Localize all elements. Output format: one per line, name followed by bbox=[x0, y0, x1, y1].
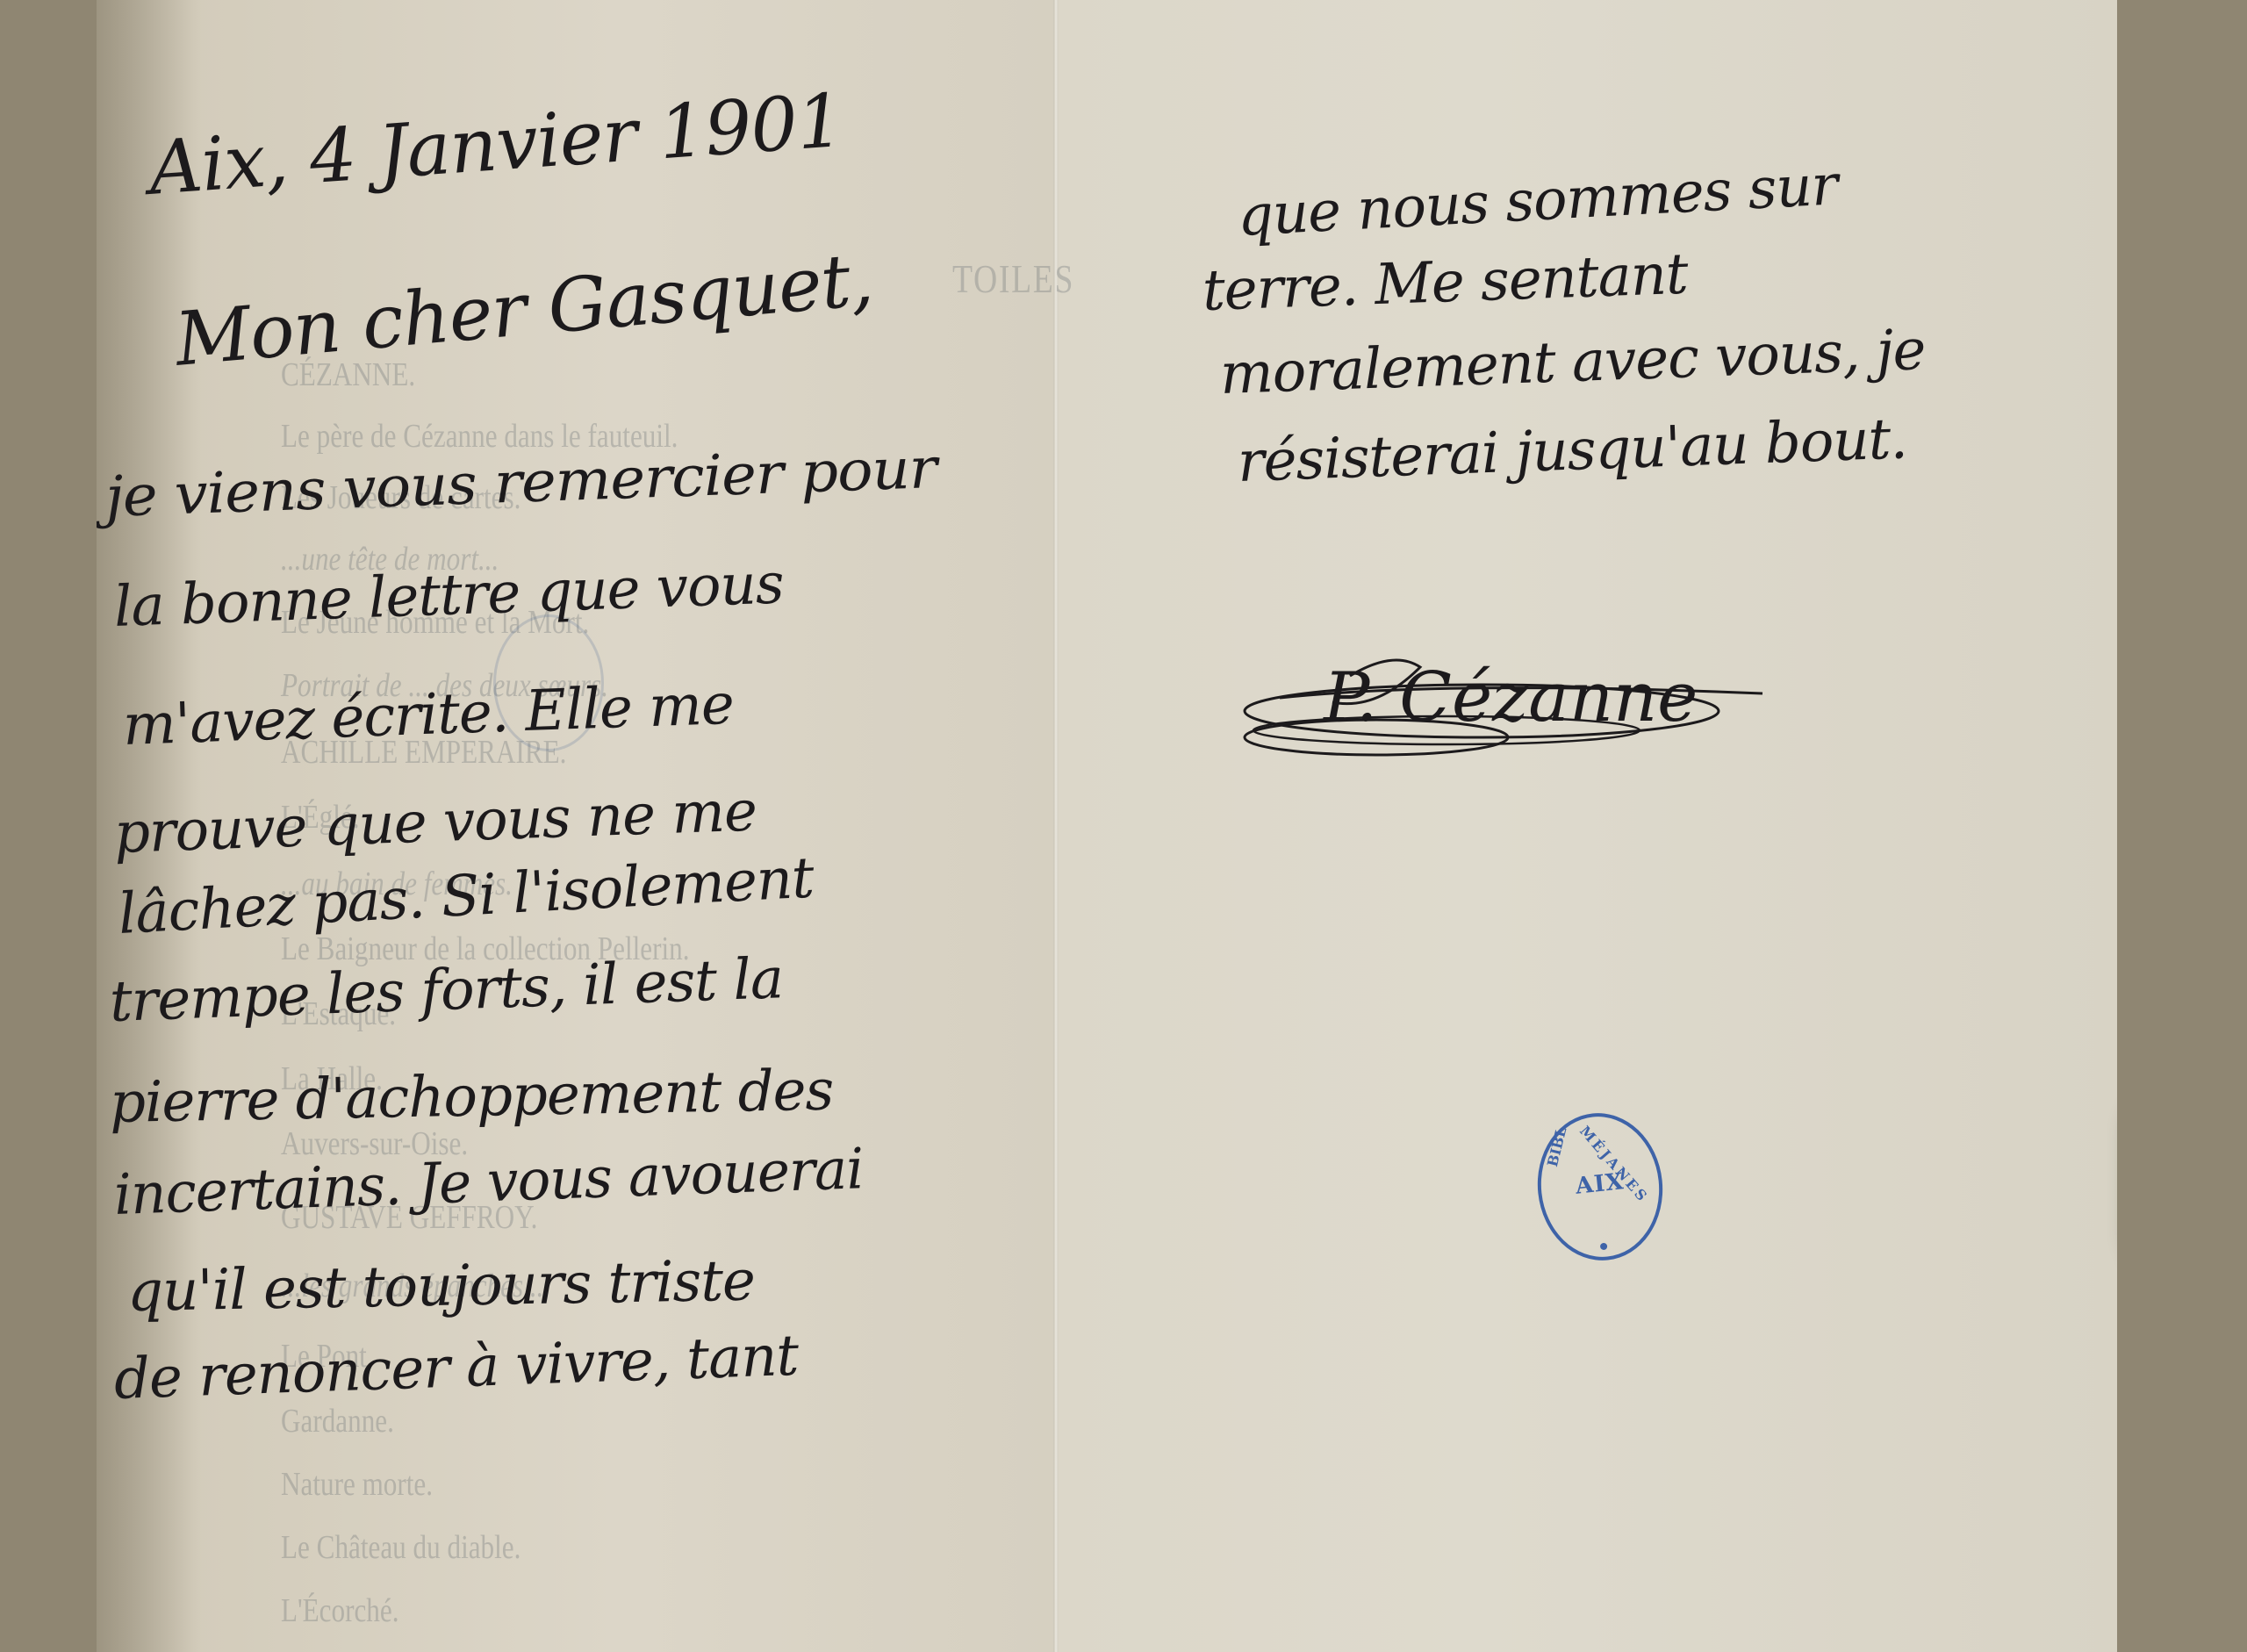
page-fold bbox=[1053, 0, 1059, 1652]
print-line: Le Château du diable. bbox=[281, 1531, 520, 1564]
signature-name: P. Cézanne bbox=[1324, 658, 1698, 737]
letter-line: terre. Me sentant bbox=[1202, 247, 1689, 320]
letter-line: pierre d'achoppement des bbox=[109, 1063, 833, 1131]
signature: P. Cézanne bbox=[1218, 650, 1815, 772]
letter-line: qu'il est toujours triste bbox=[126, 1253, 755, 1320]
print-line: Nature morte. bbox=[281, 1468, 433, 1501]
print-line: Gardanne. bbox=[281, 1404, 394, 1438]
print-heading: TOILES bbox=[952, 259, 1074, 299]
letter-photo: TOILES CÉZANNE. Le père de Cézanne dans … bbox=[97, 0, 2117, 1652]
stamp-dot-icon bbox=[1600, 1243, 1608, 1251]
print-line: L'Écorché. bbox=[281, 1594, 399, 1627]
